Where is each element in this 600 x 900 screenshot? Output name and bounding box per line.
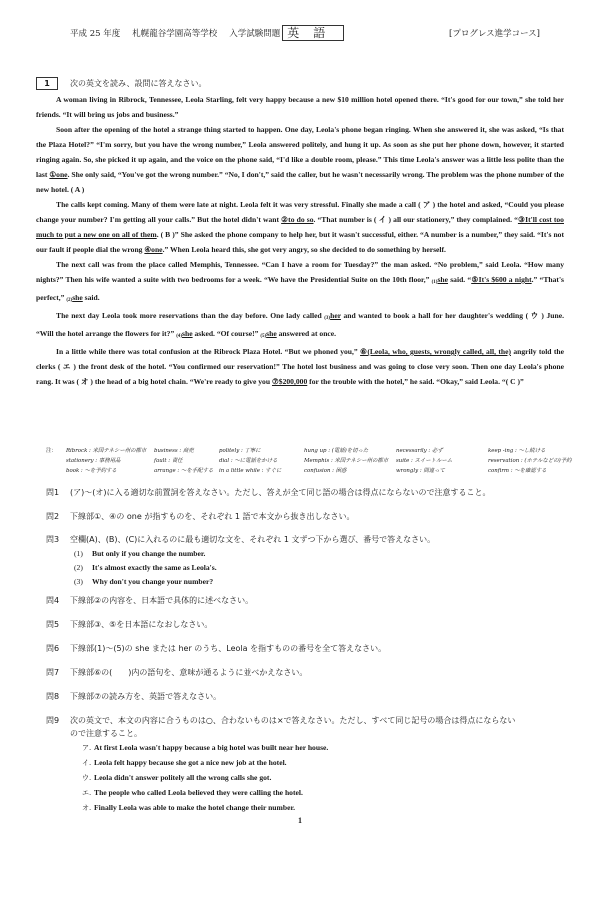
paragraph-text: for the trouble with the hotel,” he said…: [307, 377, 524, 386]
note-item: hung up : (電話)を切った: [304, 446, 396, 456]
q9-statement-a: ア.At first Leola wasn't happy because a …: [82, 743, 328, 753]
paragraph-6: In a little while there was total confus…: [36, 344, 564, 389]
choice-number: (2): [74, 563, 92, 572]
question-number: 問1: [46, 487, 70, 498]
question-number: 問3: [46, 534, 70, 545]
page-number: 1: [0, 816, 600, 825]
paragraph-text: answered at once.: [277, 329, 336, 338]
question-number: 問9: [46, 715, 70, 726]
question-number: 問8: [46, 691, 70, 702]
notes-label: 注：: [46, 446, 57, 456]
underline-6: ⑥(Leola, who, guests, wrongly called, al…: [360, 347, 511, 356]
note-item: arrange : ～を手配する: [154, 466, 219, 476]
pronoun-5: she: [266, 329, 277, 338]
section-heading: 1 次の英文を読み、設問に答えなさい。: [36, 77, 206, 90]
choice-number: (3): [74, 577, 92, 586]
note-item: in a little while : すぐに: [219, 466, 304, 476]
section-instruction: 次の英文を読み、設問に答えなさい。: [70, 78, 206, 89]
exam-header: 平成 25 年度 札幌龍谷学園高等学校 入学試験問題 英語 [プログレス進学コー…: [70, 24, 540, 42]
statement-mark: エ.: [82, 788, 94, 798]
note-item: dial : ～に電話をかける: [219, 456, 304, 466]
statement-text: Finally Leola was able to make the hotel…: [94, 803, 295, 812]
note-item: business : 商売: [154, 446, 219, 456]
note-item: fault : 責任: [154, 456, 219, 466]
exam-year: 平成 25 年度: [70, 27, 120, 39]
choice-text: But only if you change the number.: [92, 549, 205, 558]
vocabulary-notes: 注： Ribrock : 米国テネシー州の都市 business : 商売 po…: [46, 446, 576, 476]
statement-text: The people who called Leola believed the…: [94, 788, 303, 797]
statement-mark: ア.: [82, 743, 94, 753]
underline-7: ⑦$200,000: [272, 377, 307, 386]
question-text: ので注意すること。: [70, 729, 142, 738]
subject-box: 英語: [282, 25, 344, 41]
underline-1: ①one: [49, 170, 67, 179]
paragraph-1: A woman living in Ribrock, Tennessee, Le…: [36, 92, 564, 122]
q3-choice-1: (1)But only if you change the number.: [74, 549, 205, 558]
question-number: 問2: [46, 511, 70, 522]
course-name: [プログレス進学コース]: [449, 27, 540, 39]
q3-choice-3: (3)Why don't you change your number?: [74, 577, 213, 586]
q9-statement-o: オ.Finally Leola was able to make the hot…: [82, 803, 295, 813]
question-4: 問4下線部②の内容を、日本語で具体的に述べなさい。: [46, 595, 253, 606]
note-item: politely : 丁寧に: [219, 446, 304, 456]
underline-5: ⑤It's $600 a night: [471, 275, 531, 284]
note-item: stationery : 事務用品: [66, 456, 154, 466]
underline-2: ②to do so: [281, 215, 313, 224]
question-text: 次の英文で、本文の内容に合うものは○、合わないものは×で答えなさい。ただし、すべ…: [70, 716, 515, 725]
choice-number: (1): [74, 549, 92, 558]
paragraph-2: Soon after the opening of the hotel a st…: [36, 122, 564, 197]
school-name: 札幌龍谷学園高等学校: [132, 27, 217, 39]
question-text: 下線部③、⑤を日本語になおしなさい。: [70, 620, 212, 629]
choice-text: It's almost exactly the same as Leola's.: [92, 563, 217, 572]
paragraph-text: asked. “Of course!”: [193, 329, 261, 338]
statement-text: Leola didn't answer politely all the wro…: [94, 773, 271, 782]
question-text: 下線部⑦の読み方を、英語で答えなさい。: [70, 692, 221, 701]
pronoun-2: she: [72, 293, 83, 302]
paragraph-text: In a little while there was total confus…: [56, 347, 360, 356]
paragraph-3: The calls kept coming. Many of them were…: [36, 197, 564, 257]
exam-title: 入学試験問題: [229, 27, 280, 39]
question-number: 問4: [46, 595, 70, 606]
pronoun-3: her: [330, 311, 341, 320]
statement-mark: ウ.: [82, 773, 94, 783]
question-text: 下線部⑥の( )内の語句を、意味が通るように並べかえなさい。: [70, 668, 307, 677]
q9-statement-i: イ.Leola felt happy because she got a nic…: [82, 758, 287, 768]
paragraph-5: The next day Leola took more reservation…: [36, 308, 564, 344]
note-item: suite : スイートルーム: [396, 456, 488, 466]
note-item: wrongly : 間違って: [396, 466, 488, 476]
note-item: Ribrock : 米国テネシー州の都市: [66, 446, 154, 456]
paragraph-text: said. “: [448, 275, 471, 284]
question-9-continued: ので注意すること。: [70, 728, 142, 739]
paragraph-text: .” When Leola heard this, she got very a…: [163, 245, 446, 254]
note-item: necessarily : 必ず: [396, 446, 488, 456]
question-text: (ア)～(オ)に入る適切な前置詞を答えなさい。ただし、答えが全て同じ語の場合は得…: [70, 488, 490, 497]
statement-mark: イ.: [82, 758, 94, 768]
question-text: 空欄(A)、(B)、(C)に入れるのに最も適切な文を、それぞれ 1 文ずつ下から…: [70, 535, 435, 544]
paragraph-text: . “That number is ( イ ) all our statione…: [314, 215, 518, 224]
q9-statement-u: ウ.Leola didn't answer politely all the w…: [82, 773, 271, 783]
q9-statement-e: エ.The people who called Leola believed t…: [82, 788, 303, 798]
note-item: confusion : 困惑: [304, 466, 396, 476]
question-8: 問8下線部⑦の読み方を、英語で答えなさい。: [46, 691, 221, 702]
notes-grid: Ribrock : 米国テネシー州の都市 business : 商売 polit…: [66, 446, 576, 476]
reading-passage: A woman living in Ribrock, Tennessee, Le…: [36, 92, 564, 389]
pronoun-4: she: [182, 329, 193, 338]
paragraph-4: The next call was from the place called …: [36, 257, 564, 308]
statement-mark: オ.: [82, 803, 94, 813]
question-number: 問5: [46, 619, 70, 630]
question-6: 問6下線部(1)～(5)の she または her のうち、Leola を指すも…: [46, 643, 386, 654]
section-number-box: 1: [36, 77, 58, 90]
question-number: 問6: [46, 643, 70, 654]
exam-page: 平成 25 年度 札幌龍谷学園高等学校 入学試験問題 英語 [プログレス進学コー…: [0, 0, 600, 900]
question-number: 問7: [46, 667, 70, 678]
question-3: 問3空欄(A)、(B)、(C)に入れるのに最も適切な文を、それぞれ 1 文ずつ下…: [46, 534, 435, 545]
paragraph-text: said.: [83, 293, 100, 302]
note-item: reservation : (ホテルなどの)予約: [488, 456, 588, 466]
question-2: 問2下線部①、④の one が指すものを、それぞれ 1 語で本文から抜き出しなさ…: [46, 511, 355, 522]
note-item: book : ～を予約する: [66, 466, 154, 476]
question-1: 問1(ア)～(オ)に入る適切な前置詞を答えなさい。ただし、答えが全て同じ語の場合…: [46, 487, 490, 498]
paragraph-text: . She only said, “You've got the wrong n…: [36, 170, 564, 194]
question-text: 下線部②の内容を、日本語で具体的に述べなさい。: [70, 596, 253, 605]
underline-4: ④one: [144, 245, 162, 254]
note-item: keep -ing : ～し続ける: [488, 446, 588, 456]
statement-text: At first Leola wasn't happy because a bi…: [94, 743, 328, 752]
paragraph-text: The next day Leola took more reservation…: [56, 311, 324, 320]
statement-text: Leola felt happy because she got a nice …: [94, 758, 287, 767]
question-text: 下線部①、④の one が指すものを、それぞれ 1 語で本文から抜き出しなさい。: [70, 512, 355, 521]
paragraph-text: A woman living in Ribrock, Tennessee, Le…: [36, 95, 564, 119]
q3-choice-2: (2)It's almost exactly the same as Leola…: [74, 563, 217, 572]
choice-text: Why don't you change your number?: [92, 577, 213, 586]
question-text: 下線部(1)～(5)の she または her のうち、Leola を指すものの…: [70, 644, 386, 653]
question-7: 問7下線部⑥の( )内の語句を、意味が通るように並べかえなさい。: [46, 667, 307, 678]
question-9: 問9次の英文で、本文の内容に合うものは○、合わないものは×で答えなさい。ただし、…: [46, 715, 515, 726]
question-5: 問5下線部③、⑤を日本語になおしなさい。: [46, 619, 212, 630]
note-item: Memphis : 米国テネシー州の都市: [304, 456, 396, 466]
pronoun-1: she: [437, 275, 448, 284]
note-item: confirm : ～を確認する: [488, 466, 588, 476]
